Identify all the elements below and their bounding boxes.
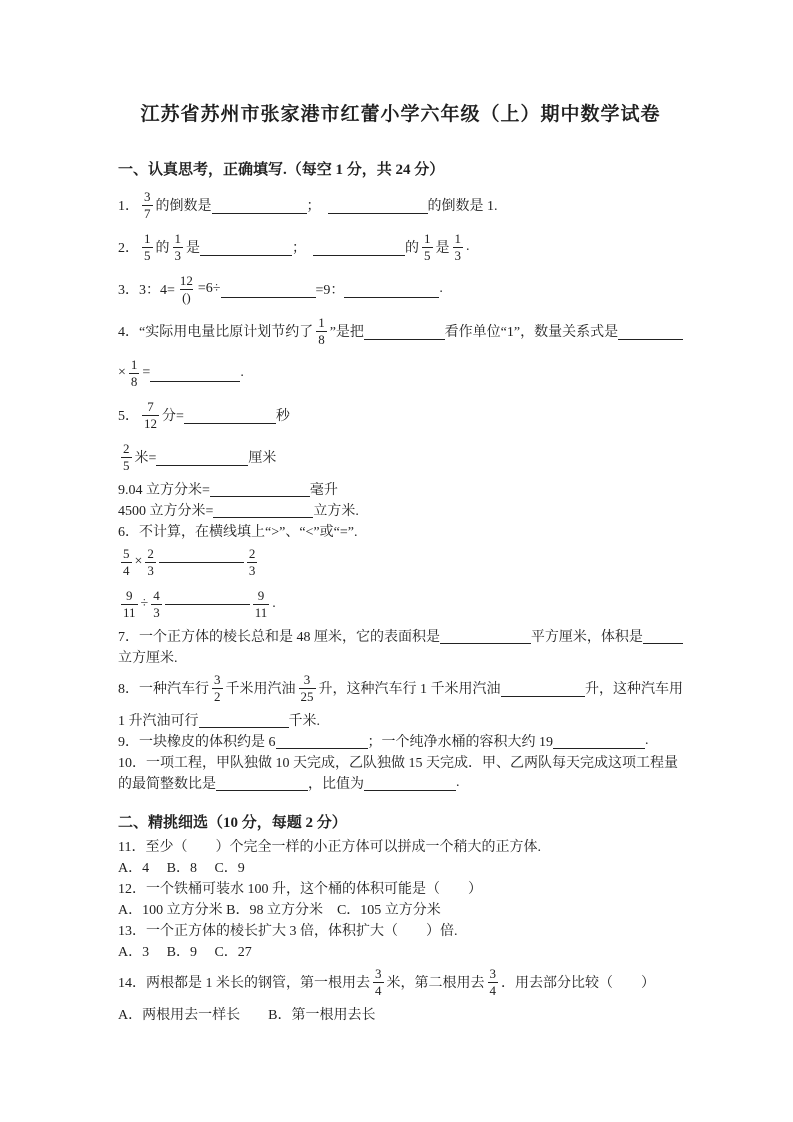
fraction-denominator: 4 (121, 562, 132, 579)
question-line: 10．一项工程，甲队独做 10 天完成，乙队独做 15 天完成．甲、乙两队每天完… (118, 751, 683, 772)
text-run: 1 升汽油可行 (118, 710, 199, 730)
text-run: 13．一个正方体的棱长扩大 3 倍，体积扩大（ ）倍. (118, 920, 458, 940)
fraction: 12() (178, 273, 195, 305)
text-run: ．用去部分比较（ ） (501, 972, 655, 992)
question-line: 9.04 立方分米=毫升 (118, 478, 683, 499)
text-run: 立方米. (313, 500, 359, 520)
question-line: 54×2323 (118, 541, 683, 583)
fraction-denominator: 7 (142, 205, 153, 222)
fraction: 911 (121, 588, 138, 620)
fraction-denominator: 3 (151, 604, 162, 621)
fraction-denominator: 8 (129, 373, 140, 390)
blank-line (501, 680, 586, 697)
fraction-numerator: 4 (151, 588, 162, 604)
fraction-denominator: 5 (422, 247, 433, 264)
fraction-numerator: 3 (488, 966, 499, 982)
fraction-numerator: 9 (124, 588, 135, 604)
text-run: 看作单位“1”，数量关系式是 (445, 321, 618, 341)
question-line: A．100 立方分米 B．98 立方分米 C．105 立方分米 (118, 898, 683, 919)
fraction-numerator: 1 (129, 357, 140, 373)
fraction: 325 (299, 672, 316, 704)
fraction-denominator: 5 (142, 247, 153, 264)
text-run: A．3 B．9 C．27 (118, 941, 252, 961)
fraction: 25 (121, 441, 132, 473)
text-run: A．两根用去一样长 B．第一根用去长 (118, 1004, 375, 1024)
blank-line (199, 711, 289, 728)
fraction-numerator: 7 (145, 399, 156, 415)
text-run: ÷ (141, 596, 149, 612)
question-line: 14．两根都是 1 米长的钢管，第一根用去34米，第二根用去34．用去部分比较（… (118, 961, 683, 1003)
text-run: ，比值为 (308, 773, 364, 793)
text-run: ”是把 (330, 321, 364, 341)
exam-content: 一、认真思考，正确填写.（每空 1 分，共 24 分）1．37的倒数是； 的倒数… (118, 160, 683, 1024)
fraction: 13 (453, 231, 464, 263)
text-run: = (142, 365, 150, 381)
blank-line (213, 501, 313, 518)
text-run: . (645, 733, 649, 749)
fraction-numerator: 2 (121, 441, 132, 457)
text-run: 1． (118, 195, 139, 215)
text-run: =9： (316, 279, 345, 299)
question-line: A．3 B．9 C．27 (118, 940, 683, 961)
blank-line (364, 774, 456, 791)
text-run: 4500 立方分米= (118, 500, 213, 520)
question-line: A．两根用去一样长 B．第一根用去长 (118, 1003, 683, 1024)
section-heading: 二、精挑细选（10 分，每题 2 分） (118, 813, 683, 834)
page-title: 江苏省苏州市张家港市红蕾小学六年级（上）期中数学试卷 (118, 100, 683, 130)
text-run: 9．一块橡皮的体积约是 6 (118, 731, 276, 751)
exam-paper: 江苏省苏州市张家港市红蕾小学六年级（上）期中数学试卷 一、认真思考，正确填写.（… (0, 0, 793, 1122)
fraction-denominator: 11 (253, 604, 270, 621)
section-heading: 一、认真思考，正确填写.（每空 1 分，共 24 分） (118, 160, 683, 181)
question-line: 911÷43911. (118, 583, 683, 625)
question-line: 5．712分=秒 (118, 394, 683, 436)
text-run: ； (292, 237, 313, 257)
fraction-denominator: 3 (145, 562, 156, 579)
text-run: . (272, 596, 276, 612)
text-run: 分= (162, 405, 184, 425)
fraction-numerator: 3 (302, 672, 313, 688)
fraction: 911 (253, 588, 270, 620)
text-run: 14．两根都是 1 米长的钢管，第一根用去 (118, 972, 370, 992)
fraction: 23 (145, 546, 156, 578)
text-run: 的 (156, 237, 170, 257)
question-line: 1 升汽油可行千米. (118, 709, 683, 730)
blank-line (165, 604, 250, 605)
question-line: 12．一个铁桶可装水 100 升，这个桶的体积可能是（ ） (118, 877, 683, 898)
fraction: 18 (316, 315, 327, 347)
fraction: 32 (212, 672, 223, 704)
text-run: 8．一种汽车行 (118, 678, 209, 698)
fraction-denominator: 4 (373, 982, 384, 999)
question-line: 2．15的13是； 的15是13. (118, 226, 683, 268)
text-run: ； (307, 195, 328, 215)
fraction: 34 (373, 966, 384, 998)
blank-line (159, 562, 244, 563)
question-line: A．4 B．8 C．9 (118, 856, 683, 877)
fraction: 712 (142, 399, 159, 431)
text-run: 米= (135, 447, 157, 467)
text-run: 的 (405, 237, 419, 257)
text-run: 9.04 立方分米= (118, 479, 210, 499)
text-run: 4．“实际用电量比原计划节约了 (118, 321, 313, 341)
text-run: . (456, 775, 460, 791)
text-run: × (118, 365, 126, 381)
fraction-denominator: 5 (121, 457, 132, 474)
blank-line (313, 239, 405, 256)
text-run: 的倒数是 (156, 195, 212, 215)
fraction: 15 (422, 231, 433, 263)
blank-line (364, 323, 445, 340)
blank-line (344, 281, 439, 298)
text-run: 升，这种汽车行 1 千米用汽油 (319, 678, 501, 698)
question-line: 11．至少（ ）个完全一样的小正方体可以拼成一个稍大的正方体. (118, 835, 683, 856)
text-run: 是 (436, 237, 450, 257)
blank-line (150, 365, 240, 382)
text-run: ；一个纯净水桶的容积大约 19 (368, 731, 554, 751)
question-line: 的最简整数比是，比值为. (118, 772, 683, 793)
fraction-numerator: 1 (453, 231, 464, 247)
blank-line (212, 197, 307, 214)
text-run: 厘米 (248, 447, 276, 467)
blank-line (221, 281, 316, 298)
fraction-denominator: 3 (173, 247, 184, 264)
fraction-numerator: 2 (145, 546, 156, 562)
fraction: 34 (488, 966, 499, 998)
fraction: 13 (173, 231, 184, 263)
question-line: 6．不计算，在横线填上“>”、“<”或“=”. (118, 520, 683, 541)
text-run: 10．一项工程，甲队独做 10 天完成，乙队独做 15 天完成．甲、乙两队每天完… (118, 752, 678, 772)
question-line: 9．一块橡皮的体积约是 6；一个纯净水桶的容积大约 19. (118, 730, 683, 751)
fraction-denominator: 11 (121, 604, 138, 621)
text-run: 7．一个正方体的棱长总和是 48 厘米，它的表面积是 (118, 626, 440, 646)
blank-line (276, 732, 368, 749)
text-run: 11．至少（ ）个完全一样的小正方体可以拼成一个稍大的正方体. (118, 836, 541, 856)
text-run: . (439, 281, 443, 297)
fraction-numerator: 1 (316, 315, 327, 331)
text-run: 米，第二根用去 (387, 972, 485, 992)
fraction-numerator: 1 (142, 231, 153, 247)
text-run: . (240, 365, 244, 381)
fraction: 37 (142, 189, 153, 221)
fraction-numerator: 12 (178, 273, 195, 289)
blank-line (156, 449, 248, 466)
fraction-numerator: 3 (212, 672, 223, 688)
text-run: 立方厘米. (118, 647, 178, 667)
fraction: 15 (142, 231, 153, 263)
fraction-numerator: 2 (247, 546, 258, 562)
fraction: 23 (247, 546, 258, 578)
blank-line (210, 480, 310, 497)
text-run: 是 (186, 237, 200, 257)
question-line: 3．3：4=12()=6÷=9：. (118, 268, 683, 310)
fraction: 18 (129, 357, 140, 389)
text-run: 12．一个铁桶可装水 100 升，这个桶的体积可能是（ ） (118, 878, 482, 898)
text-run: × (135, 554, 143, 570)
fraction-numerator: 3 (142, 189, 153, 205)
text-run: 5． (118, 405, 139, 425)
fraction-numerator: 9 (256, 588, 267, 604)
blank-line (440, 627, 531, 644)
text-run: 的最简整数比是 (118, 773, 216, 793)
text-run: 平方厘米，体积是 (531, 626, 643, 646)
question-line: 立方厘米. (118, 646, 683, 667)
text-run: A．100 立方分米 B．98 立方分米 C．105 立方分米 (118, 899, 441, 919)
text-run: 秒 (276, 405, 290, 425)
text-run: 升，这种汽车用 (585, 678, 683, 698)
fraction-denominator: 3 (453, 247, 464, 264)
text-run: 毫升 (310, 479, 338, 499)
fraction-numerator: 1 (422, 231, 433, 247)
question-line: 4．“实际用电量比原计划节约了18”是把看作单位“1”，数量关系式是 (118, 310, 683, 352)
fraction-denominator: 3 (247, 562, 258, 579)
fraction-denominator: () (180, 289, 193, 306)
text-run: 千米. (289, 710, 321, 730)
fraction-denominator: 8 (316, 331, 327, 348)
blank-line (618, 323, 683, 340)
question-line: 8．一种汽车行32千米用汽油325升，这种汽车行 1 千米用汽油升，这种汽车用 (118, 667, 683, 709)
text-run: 6．不计算，在横线填上“>”、“<”或“=”. (118, 521, 357, 541)
fraction: 54 (121, 546, 132, 578)
text-run: 的倒数是 1. (428, 195, 498, 215)
question-line: 1．37的倒数是； 的倒数是 1. (118, 184, 683, 226)
fraction-denominator: 25 (299, 688, 316, 705)
fraction-numerator: 1 (173, 231, 184, 247)
blank-line (328, 197, 428, 214)
blank-line (184, 407, 276, 424)
text-run: 千米用汽油 (226, 678, 296, 698)
blank-line (216, 774, 308, 791)
text-run: . (466, 239, 470, 255)
text-run: A．4 B．8 C．9 (118, 857, 245, 877)
fraction: 43 (151, 588, 162, 620)
fraction-numerator: 3 (373, 966, 384, 982)
fraction-numerator: 5 (121, 546, 132, 562)
text-run: 2． (118, 237, 139, 257)
fraction-denominator: 12 (142, 415, 159, 432)
text-run: =6÷ (198, 281, 221, 297)
question-line: 13．一个正方体的棱长扩大 3 倍，体积扩大（ ）倍. (118, 919, 683, 940)
blank-line (643, 627, 683, 644)
question-line: 4500 立方分米=立方米. (118, 499, 683, 520)
fraction-denominator: 2 (212, 688, 223, 705)
fraction-denominator: 4 (488, 982, 499, 999)
text-run: 3．3：4= (118, 279, 175, 299)
question-line: 7．一个正方体的棱长总和是 48 厘米，它的表面积是平方厘米，体积是 (118, 625, 683, 646)
question-line: 25米=厘米 (118, 436, 683, 478)
blank-line (553, 732, 645, 749)
question-line: ×18=. (118, 352, 683, 394)
blank-line (200, 239, 292, 256)
